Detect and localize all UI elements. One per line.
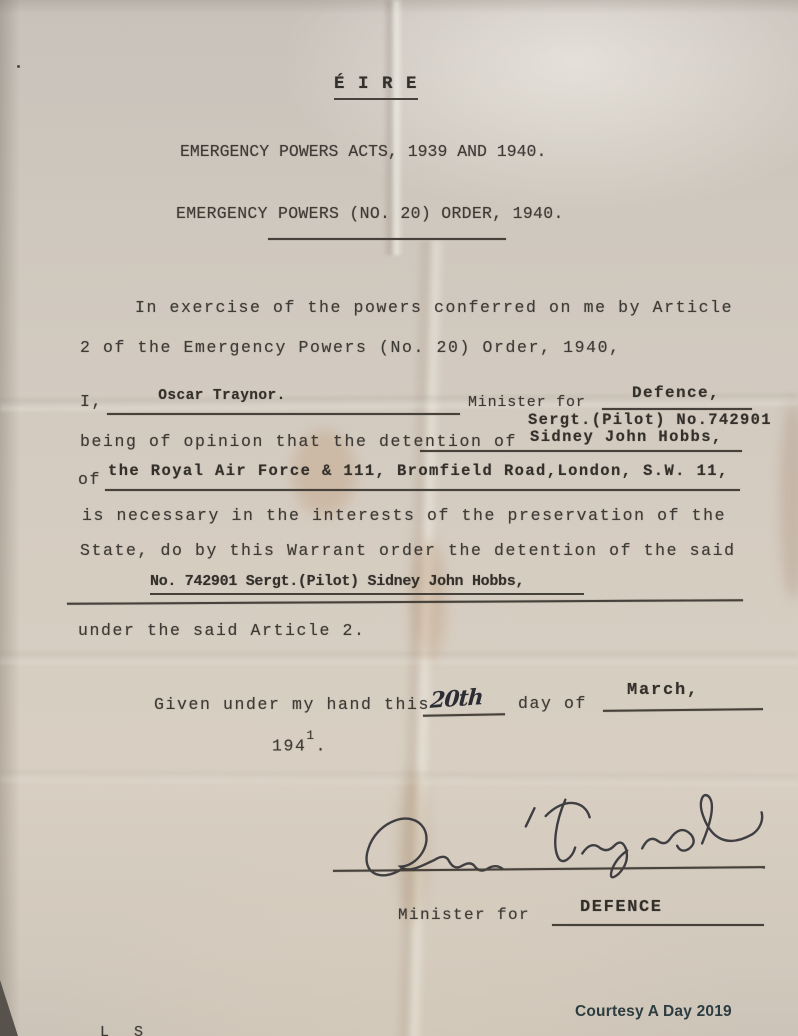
being-line: being of opinion that the detention of	[80, 432, 517, 451]
year-period: .	[316, 737, 328, 756]
horizontal-crease	[0, 652, 798, 664]
minister-for-footer: Minister for	[398, 906, 530, 924]
detainee-name-rule	[420, 450, 742, 452]
detainee-address: the Royal Air Force & 111, Bromfield Roa…	[108, 462, 729, 480]
order-heading: EMERGENCY POWERS (NO. 20) ORDER, 1940.	[176, 204, 564, 223]
acts-heading: EMERGENCY POWERS ACTS, 1939 AND 1940.	[180, 142, 546, 161]
ministry-name: Defence,	[632, 384, 720, 402]
handwritten-day: 20th	[429, 684, 483, 714]
address-rule	[105, 489, 740, 491]
preamble-line-1: In exercise of the powers conferred on m…	[135, 298, 733, 317]
ministry-footer: DEFENCE	[580, 898, 663, 917]
paper-left-shadow	[0, 0, 20, 1036]
signature-oscar-traynor	[329, 784, 771, 892]
minister-name: Oscar Traynor.	[122, 388, 322, 404]
given-line: Given under my hand this	[154, 695, 430, 714]
month-name: March,	[627, 681, 699, 700]
day-of-label: day of	[518, 694, 587, 713]
year-superscript: 1	[307, 729, 316, 743]
of-label: of	[78, 470, 101, 489]
article-line: under the said Article 2.	[78, 621, 366, 640]
photo-credit: Courtesy A Day 2019	[575, 1003, 732, 1021]
i-label: I,	[80, 392, 103, 411]
detainee-full-line: No. 742901 Sergt.(Pilot) Sidney John Hob…	[150, 573, 584, 595]
detainee-name: Sidney John Hobbs,	[530, 428, 723, 446]
ministry-footer-rule	[552, 924, 764, 926]
year-prefix: 194	[272, 737, 307, 756]
rank-insert: Sergt.(Pilot) No.742901	[528, 411, 772, 429]
country-heading: É I R E	[334, 74, 418, 100]
heading-rule	[268, 238, 506, 240]
ministry-rule	[602, 408, 752, 410]
preamble-line-2: 2 of the Emergency Powers (No. 20) Order…	[80, 338, 621, 357]
warrant-line: State, do by this Warrant order the dete…	[80, 541, 736, 560]
necessary-line: is necessary in the interests of the pre…	[82, 506, 726, 525]
minister-for-label: Minister for	[468, 394, 586, 411]
seal-mark: L S	[100, 1024, 151, 1036]
paper-speck	[17, 65, 20, 68]
year-line: 1941.	[272, 734, 327, 756]
document-photo: É I R E EMERGENCY POWERS ACTS, 1939 AND …	[0, 0, 798, 1036]
name-blank-rule	[107, 413, 460, 415]
